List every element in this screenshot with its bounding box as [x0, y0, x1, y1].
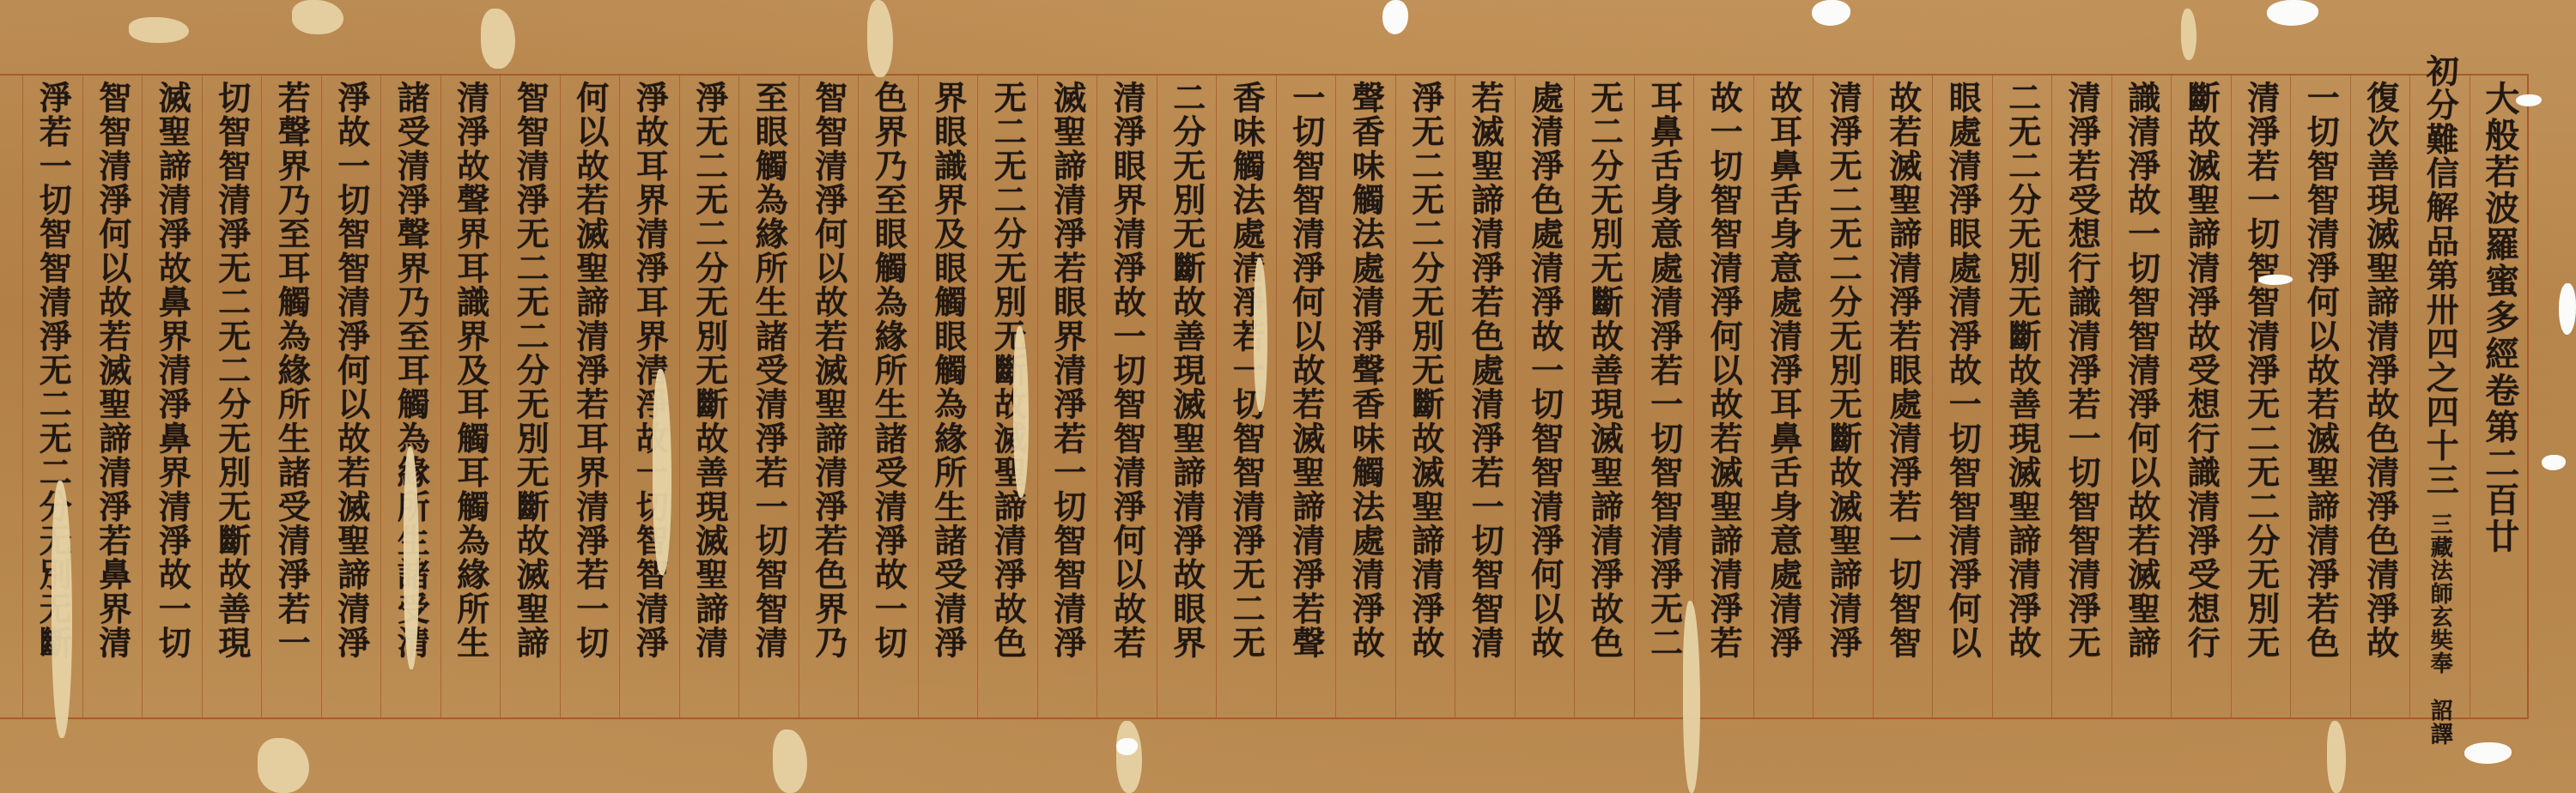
paper-hole	[1382, 0, 1408, 34]
text-column: 滅聖諦清淨若眼界清淨若一切智智清淨	[1037, 74, 1097, 719]
text-column: 香味觸法處清淨若一切智智清淨无二无	[1216, 74, 1276, 719]
text-column: 二无二分无別无斷故善現滅聖諦清淨故	[1992, 74, 2052, 719]
paper-hole	[1812, 0, 1850, 26]
sutra-title: 大般若波羅蜜多經卷第二百廿	[2482, 81, 2517, 719]
paper-damage	[773, 729, 807, 793]
text-column: 清淨眼界清淨故一切智智清淨何以故若	[1097, 74, 1157, 719]
paper-hole	[2464, 742, 2512, 764]
text-column: 聲香味觸法處清淨聲香味觸法處清淨故	[1335, 74, 1395, 719]
text-column: 智智清淨无二无二分无別无斷故滅聖諦	[500, 74, 560, 719]
translator-credit: 三藏法師玄奘奉	[2428, 512, 2451, 675]
paper-damage	[867, 0, 893, 77]
text-column: 切智智清淨无二无二分无別无斷故善現	[202, 74, 262, 719]
text-column: 无二分无別无斷故善現滅聖諦清淨故色	[1574, 74, 1634, 719]
paper-damage	[258, 738, 309, 793]
text-column: 故一切智智清淨何以故若滅聖諦清淨若	[1693, 74, 1753, 719]
sutra-scroll: 大般若波羅蜜多經卷第二百廿 初分難信解品第卅四之四十三 三藏法師玄奘奉 詔譯 復…	[0, 0, 2576, 793]
text-column: 智智清淨何以故若滅聖諦清淨若色界乃	[799, 74, 859, 719]
edict-mark: 詔譯	[2428, 699, 2451, 746]
text-column: 智智清淨何以故若滅聖諦清淨若鼻界清	[82, 74, 143, 719]
text-column: 色界乃至眼觸為緣所生諸受清淨故一切	[858, 74, 918, 719]
text-column: 至眼觸為緣所生諸受清淨若一切智智清	[738, 74, 799, 719]
text-column: 清淨无二无二分无別无斷故滅聖諦清淨	[1813, 74, 1873, 719]
subtitle-column: 初分難信解品第卅四之四十三 三藏法師玄奘奉 詔譯	[2409, 74, 2470, 719]
text-column: 一切智智清淨何以故若滅聖諦清淨若聲	[1276, 74, 1336, 719]
paper-hole	[2267, 0, 2318, 26]
text-column: 淨故一切智智清淨何以故若滅聖諦清淨	[321, 74, 381, 719]
paper-damage	[1116, 721, 1142, 793]
text-column: 故若滅聖諦清淨若眼處清淨若一切智智	[1873, 74, 1933, 719]
text-column: 故耳鼻舌身意處清淨耳鼻舌身意處清淨	[1753, 74, 1814, 719]
text-column: 若聲界乃至耳觸為緣所生諸受清淨若一	[261, 74, 321, 719]
paper-hole	[2542, 455, 2566, 470]
paper-damage	[481, 9, 515, 69]
text-column: 清淨故聲界耳識界及耳觸耳觸為緣所生	[440, 74, 501, 719]
text-column: 界眼識界及眼觸眼觸為緣所生諸受清淨	[918, 74, 978, 719]
paper-hole	[2516, 94, 2542, 106]
paper-damage	[2181, 9, 2196, 60]
text-column: 處清淨色處清淨故一切智智清淨何以故	[1515, 74, 1575, 719]
text-column: 何以故若滅聖諦清淨若耳界清淨若一切	[560, 74, 620, 719]
paper-damage	[129, 17, 189, 43]
paper-damage	[292, 0, 343, 34]
text-column: 清淨若受想行識清淨若一切智智清淨无	[2051, 74, 2111, 719]
text-column: 一切智智清淨何以故若滅聖諦清淨若色	[2290, 74, 2350, 719]
text-column: 眼處清淨眼處清淨故一切智智清淨何以	[1932, 74, 1992, 719]
text-column: 二分无別无斷故善現滅聖諦清淨故眼界	[1157, 74, 1217, 719]
text-column: 斷故滅聖諦清淨故受想行識清淨受想行	[2171, 74, 2231, 719]
text-column: 復次善現滅聖諦清淨故色清淨色清淨故	[2350, 74, 2410, 719]
text-column: 清淨若一切智智清淨无二无二分无別无	[2231, 74, 2291, 719]
text-column: 若滅聖諦清淨若色處清淨若一切智智清	[1455, 74, 1515, 719]
text-column: 識清淨故一切智智清淨何以故若滅聖諦	[2111, 74, 2172, 719]
text-column: 淨无二无二分无別无斷故滅聖諦清淨故	[1395, 74, 1455, 719]
chapter-title: 初分難信解品第卅四之四十三	[2423, 54, 2456, 497]
title-column: 大般若波羅蜜多經卷第二百廿	[2470, 74, 2530, 719]
paper-damage	[2327, 721, 2346, 793]
text-column: 淨故耳界清淨耳界清淨故一切智智清淨	[619, 74, 679, 719]
text-column: 滅聖諦清淨故鼻界清淨鼻界清淨故一切	[142, 74, 202, 719]
paper-hole	[2559, 283, 2576, 335]
text-column: 淨无二无二分无別无斷故善現滅聖諦清	[679, 74, 739, 719]
